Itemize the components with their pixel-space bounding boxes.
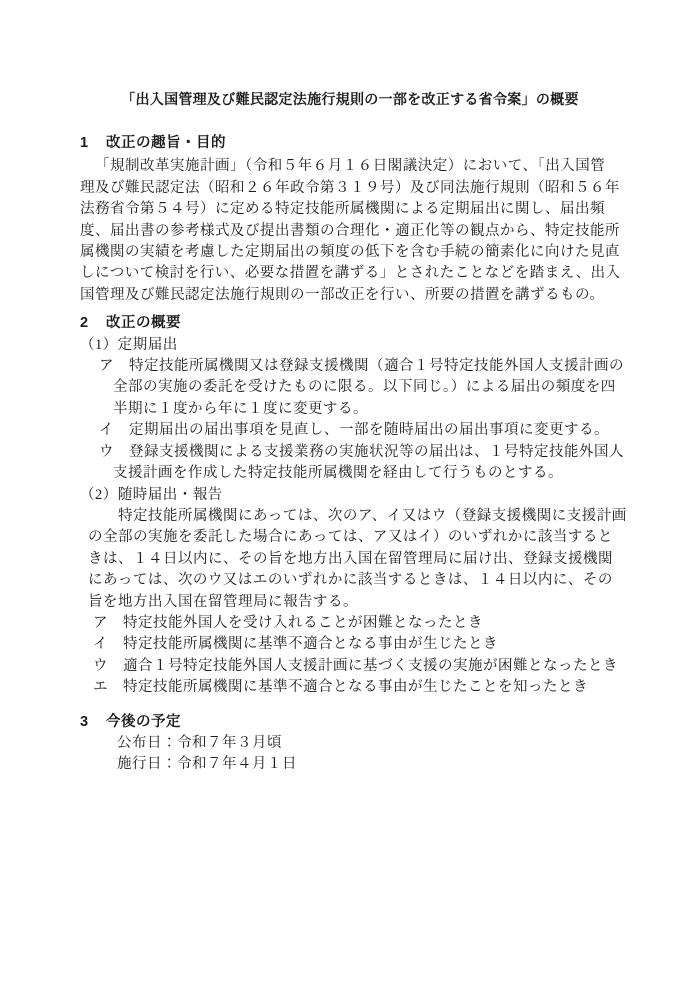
list-item-line: ア 特定技能所属機関又は登録支援機関（適合１号特定技能外国人支援計画の <box>80 356 700 377</box>
paragraph-line: 国管理及び難民認定法施行規則の一部改正を行い、所要の措置を講ずるもの。 <box>80 285 700 306</box>
list-item-line: 全部の実施の委託を受けたものに限る。以下同じ。）による届出の頻度を四 <box>80 377 700 398</box>
paragraph-line: しについて検討を行い、必要な措置を講ずる」とされたことなどを踏まえ、出入 <box>80 263 700 284</box>
section-2-number: 2 <box>80 313 106 334</box>
paragraph-line: 旨を地方出入国在留管理局に報告する。 <box>80 592 700 613</box>
paragraph-line: にあっては、次のウ又はエのいずれかに該当するときは、１４日以内に、その <box>80 570 700 591</box>
list-item-line: エ 特定技能所属機関に基準不適合となる事由が生じたことを知ったとき <box>80 677 700 698</box>
paragraph-line: 属機関の実績を考慮した定期届出の頻度の低下を含む手続の簡素化に向けた見直 <box>80 242 700 263</box>
enforcement-date-line: 施行日：令和７年４月１日 <box>80 754 700 775</box>
section-1-heading: 1改正の趣旨・目的 <box>80 133 700 154</box>
paragraph-line: きは、１４日以内に、その旨を地方出入国在留管理局に届け出、登録支援機関 <box>80 549 700 570</box>
paragraph-line: 理及び難民認定法（昭和２６年政令第３１９号）及び同法施行規則（昭和５６年 <box>80 178 700 199</box>
list-item-line: ウ 適合１号特定技能外国人支援計画に基づく支援の実施が困難となったとき <box>80 656 700 677</box>
section-1-number: 1 <box>80 133 106 154</box>
paragraph-line: 法務省令第５４号）に定める特定技能所属機関による定期届出に関し、届出頻 <box>80 199 700 220</box>
list-item-line: ウ 登録支援機関による支援業務の実施状況等の届出は、１号特定技能外国人 <box>80 442 700 463</box>
subsection-2-heading-line: （2）随時届出・報告 <box>80 485 700 506</box>
list-item-line: イ 特定技能所属機関に基準不適合となる事由が生じたとき <box>80 634 700 655</box>
paragraph-line: 特定技能所属機関にあっては、次のア、イ又はウ（登録支援機関に支援計画 <box>80 506 700 527</box>
list-item-line: イ 定期届出の届出事項を見直し、一部を随時届出の届出事項に変更する。 <box>80 420 700 441</box>
list-item-line: 支援計画を作成した特定技能所属機関を経由して行うものとする。 <box>80 463 700 484</box>
section-2-heading: 2改正の概要 <box>80 313 700 334</box>
subsection-2-zuiji-todokede: （2）随時届出・報告 特定技能所属機関にあっては、次のア、イ又はウ（登録支援機関… <box>80 485 700 699</box>
subsection-1-heading-line: （1）定期届出 <box>80 335 700 356</box>
list-item-line: 半期に１度から年に１度に変更する。 <box>80 399 700 420</box>
subsection-1-teiki-todokede: （1）定期届出 ア 特定技能所属機関又は登録支援機関（適合１号特定技能外国人支援… <box>80 335 700 485</box>
section-3-heading-label: 今後の予定 <box>106 714 181 730</box>
section-1-heading-label: 改正の趣旨・目的 <box>106 135 226 151</box>
section-3: 3今後の予定 公布日：令和７年３月頃 施行日：令和７年４月１日 <box>80 712 700 776</box>
document-page: 「出入国管理及び難民認定法施行規則の一部を改正する省令案」の概要 1改正の趣旨・… <box>0 0 700 991</box>
paragraph-line: 「規制改革実施計画」（令和５年６月１６日閣議決定）において、「出入国管 <box>80 156 700 177</box>
section-3-heading: 3今後の予定 <box>80 712 700 733</box>
section-2-heading-label: 改正の概要 <box>106 315 181 331</box>
section-1: 1改正の趣旨・目的 「規制改革実施計画」（令和５年６月１６日閣議決定）において、… <box>80 133 700 306</box>
paragraph-line: の全部の実施を委託した場合にあっては、ア又はイ）のいずれかに該当すると <box>80 527 700 548</box>
document-title: 「出入国管理及び難民認定法施行規則の一部を改正する省令案」の概要 <box>0 89 700 109</box>
section-2: 2改正の概要 （1）定期届出 ア 特定技能所属機関又は登録支援機関（適合１号特定… <box>80 313 700 698</box>
promulgation-date-line: 公布日：令和７年３月頃 <box>80 733 700 754</box>
list-item-line: ア 特定技能外国人を受け入れることが困難となったとき <box>80 613 700 634</box>
section-3-number: 3 <box>80 712 106 733</box>
paragraph-line: 度、届出書の参考様式及び提出書類の合理化・適正化等の観点から、特定技能所 <box>80 221 700 242</box>
section-1-paragraph: 「規制改革実施計画」（令和５年６月１６日閣議決定）において、「出入国管 理及び難… <box>80 156 700 306</box>
